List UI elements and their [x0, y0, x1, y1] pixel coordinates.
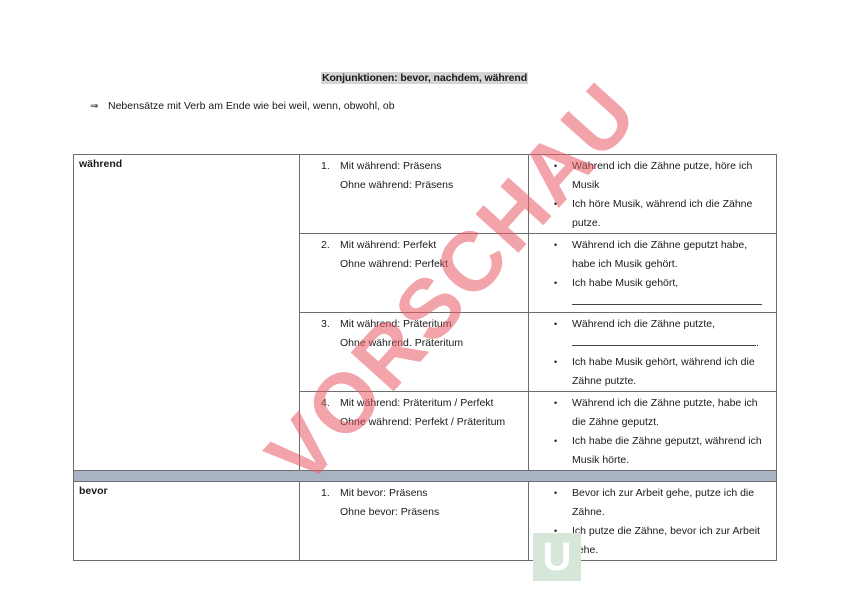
bullet-icon: •: [534, 315, 572, 353]
example-item: •Ich habe die Zähne geputzt, während ich…: [534, 432, 771, 470]
rule-with: Mit während: Präteritum: [340, 315, 463, 334]
bullet-icon: •: [534, 353, 572, 391]
intro-line: ⇒ Nebensätze mit Verb am Ende wie bei we…: [90, 100, 395, 112]
rule-with: Mit während: Präsens: [340, 157, 453, 176]
separator-cell: [74, 471, 777, 482]
rule-number: 3.: [321, 315, 340, 353]
rule-without: Ohne bevor: Präsens: [340, 503, 439, 522]
rule-without: Ohne während: Präsens: [340, 176, 453, 195]
document-title: Konjunktionen: bevor, nachdem, während: [0, 72, 849, 84]
rule-without: Ohne während: Perfekt: [340, 255, 448, 274]
bullet-icon: •: [534, 432, 572, 470]
rule-cell: 2. Mit während: Perfekt Ohne während: Pe…: [300, 234, 529, 313]
bullet-icon: •: [534, 157, 572, 195]
bullet-icon: •: [534, 274, 572, 312]
rule-with: Mit bevor: Präsens: [340, 484, 439, 503]
rule-cell: 3. Mit während: Präteritum Ohne während.…: [300, 313, 529, 392]
example-item: •Während ich die Zähne putze, höre ich M…: [534, 157, 771, 195]
document-title-text: Konjunktionen: bevor, nachdem, während: [321, 72, 528, 84]
rule-with: Mit während: Präteritum / Perfekt: [340, 394, 505, 413]
rule-without: Ohne während: Perfekt / Präteritum: [340, 413, 505, 432]
intro-text: Nebensätze mit Verb am Ende wie bei weil…: [108, 100, 395, 112]
rule-number: 1.: [321, 484, 340, 522]
rule-number: 1.: [321, 157, 340, 195]
examples-cell: •Während ich die Zähne putzte,. •Ich hab…: [529, 313, 777, 392]
examples-cell: •Während ich die Zähne putze, höre ich M…: [529, 155, 777, 234]
rule-with: Mit während: Perfekt: [340, 236, 448, 255]
logo-letter: U: [543, 537, 572, 577]
example-item: •Während ich die Zähne putzte, habe ich …: [534, 394, 771, 432]
table-row: bevor 1. Mit bevor: Präsens Ohne bevor: …: [74, 482, 777, 561]
bullet-icon: •: [534, 394, 572, 432]
examples-cell: •Während ich die Zähne geputzt habe, hab…: [529, 234, 777, 313]
separator-row: [74, 471, 777, 482]
example-item: •Ich höre Musik, während ich die Zähne p…: [534, 195, 771, 233]
example-item: •Ich habe Musik gehört,: [534, 274, 771, 312]
rule-number: 2.: [321, 236, 340, 274]
conjunction-cell-waehrend: während: [74, 155, 300, 471]
fill-in-blank[interactable]: [572, 294, 762, 305]
example-item: •Während ich die Zähne putzte,.: [534, 315, 771, 353]
examples-cell: •Während ich die Zähne putzte, habe ich …: [529, 392, 777, 471]
bullet-icon: •: [534, 195, 572, 233]
double-arrow-right-icon: ⇒: [90, 101, 108, 112]
rule-cell: 1. Mit während: Präsens Ohne während: Pr…: [300, 155, 529, 234]
example-item: •Bevor ich zur Arbeit gehe, putze ich di…: [534, 484, 771, 522]
example-item: •Ich habe Musik gehört, während ich die …: [534, 353, 771, 391]
rule-without: Ohne während. Präteritum: [340, 334, 463, 353]
brand-logo: U: [533, 533, 581, 581]
conjunction-cell-bevor: bevor: [74, 482, 300, 561]
bullet-icon: •: [534, 484, 572, 522]
fill-in-blank[interactable]: [572, 335, 756, 346]
rule-number: 4.: [321, 394, 340, 432]
rule-cell: 4. Mit während: Präteritum / Perfekt Ohn…: [300, 392, 529, 471]
grammar-table: während 1. Mit während: Präsens Ohne wäh…: [73, 154, 777, 561]
example-item: •Während ich die Zähne geputzt habe, hab…: [534, 236, 771, 274]
table-row: während 1. Mit während: Präsens Ohne wäh…: [74, 155, 777, 234]
rule-cell: 1. Mit bevor: Präsens Ohne bevor: Präsen…: [300, 482, 529, 561]
bullet-icon: •: [534, 236, 572, 274]
